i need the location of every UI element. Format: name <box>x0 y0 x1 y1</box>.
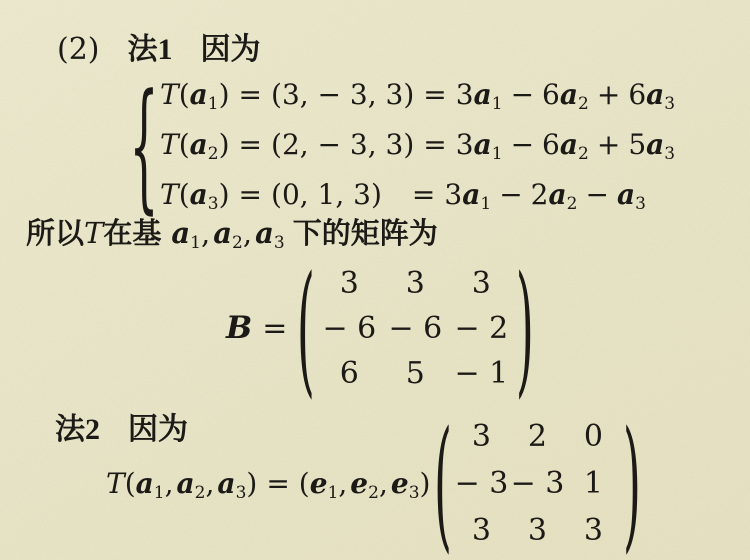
system-lines: T(a1)=(3, − 3, 3)=3a1−6a2+6a3 T(a2)=(2, … <box>160 74 675 216</box>
equals-sign: = <box>239 178 262 211</box>
image-tuple: (2, − 3, 3) <box>271 128 414 161</box>
paren-glyph: ) <box>516 257 534 400</box>
subscript: 1 <box>492 144 503 164</box>
comma: , <box>206 467 215 500</box>
method-2-label: 法2 <box>55 413 100 446</box>
term-sign: − <box>511 78 534 111</box>
equals-sign: = <box>239 78 262 111</box>
subscript: 1 <box>480 194 491 214</box>
paren-glyph: ( <box>297 257 315 400</box>
vector-a: a <box>560 78 578 111</box>
system-brace: { <box>132 75 156 215</box>
equation-line-1: T(a1)=(3, − 3, 3)=3a1−6a2+6a3 <box>160 74 675 116</box>
matrix-cell: 3 <box>509 507 565 554</box>
subscript: 1 <box>492 94 503 114</box>
matrix-cell: − 2 <box>448 306 514 351</box>
brace-glyph: { <box>129 75 158 215</box>
paren-open: ( <box>297 305 314 351</box>
T-symbol: T <box>160 78 179 111</box>
matrix-cell: 6 <box>316 351 382 396</box>
B-symbol: B <box>226 310 252 346</box>
matrix-cell: − 6 <box>316 306 382 351</box>
term-coef: 5 <box>628 128 646 161</box>
matrix-cell: − 6 <box>382 306 448 351</box>
paren-close: ) <box>219 78 230 111</box>
vector-a: a <box>213 216 232 250</box>
matrix-cell: 1 <box>565 460 621 507</box>
vector-a: a <box>190 78 208 111</box>
T-symbol: T <box>84 216 103 250</box>
vector-a: a <box>190 128 208 161</box>
vector-a: a <box>217 467 235 500</box>
matrix-cell: 3 <box>316 261 382 306</box>
matrix-cell: 0 <box>565 413 621 460</box>
paren-open: ( <box>434 460 451 506</box>
subscript: 2 <box>232 233 243 253</box>
paren-open: ( <box>179 128 190 161</box>
paren-glyph: ( <box>434 412 452 555</box>
conclusion-sentence: 所以T在基a1,a2,a3下的矩阵为 <box>26 211 438 252</box>
matrix-cell: 3 <box>453 413 509 460</box>
heading-method-1: (2)法1因为 <box>57 24 261 68</box>
comma: , <box>243 216 252 250</box>
because-label: 因为 <box>201 33 261 66</box>
matrix-cell: 5 <box>382 351 448 396</box>
matrix-cell: 2 <box>509 413 565 460</box>
vector-a: a <box>177 467 195 500</box>
method-1-label: 法1 <box>128 33 173 66</box>
vector-a: a <box>617 178 635 211</box>
subscript: 1 <box>190 233 201 253</box>
subscript: 2 <box>208 144 219 164</box>
paren-glyph: ) <box>623 412 641 555</box>
soyi-mid: 在基 <box>103 218 161 250</box>
subscript: 3 <box>664 94 675 114</box>
term-sign: − <box>585 178 608 211</box>
term-coef: 3 <box>456 78 474 111</box>
matrix-C-grid: 320 − 3− 31 333 <box>453 413 621 554</box>
subscript: 2 <box>578 94 589 114</box>
equation-system: { T(a1)=(3, − 3, 3)=3a1−6a2+6a3 T(a2)=(2… <box>132 74 675 216</box>
vector-a: a <box>549 178 567 211</box>
soyi-prefix: 所以 <box>26 218 84 250</box>
matrix-cell: 3 <box>565 507 621 554</box>
subscript: 2 <box>578 144 589 164</box>
subscript: 2 <box>195 482 206 502</box>
paren-close: ) <box>516 305 533 351</box>
equation-line-3: T(a3)=(0, 1, 3)=3a1−2a2−a3 <box>160 174 675 216</box>
vector-a: a <box>136 467 154 500</box>
subscript: 1 <box>208 94 219 114</box>
image-tuple: (0, 1, 3) <box>271 178 382 211</box>
subscript: 2 <box>368 482 379 502</box>
vector-a: a <box>646 78 664 111</box>
comma: , <box>201 216 210 250</box>
term-coef: 6 <box>542 128 560 161</box>
vector-a: a <box>474 78 492 111</box>
term-coef: 3 <box>444 178 462 211</box>
term-sign: + <box>597 78 620 111</box>
equals-sign: = <box>262 311 287 346</box>
vector-a: a <box>190 178 208 211</box>
paren-open: ( <box>299 467 310 500</box>
vector-e: e <box>310 467 328 500</box>
vector-a: a <box>462 178 480 211</box>
subscript: 1 <box>328 482 339 502</box>
equation-line-2: T(a2)=(2, − 3, 3)=3a1−6a2+5a3 <box>160 124 675 166</box>
paren-close: ) <box>623 460 640 506</box>
matrix-cell: 3 <box>382 261 448 306</box>
slide: (2)法1因为 { T(a1)=(3, − 3, 3)=3a1−6a2+6a3 … <box>0 0 750 560</box>
subscript: 3 <box>274 233 285 253</box>
equals-sign: = <box>412 178 435 211</box>
equals-sign: = <box>266 467 289 500</box>
subscript: 3 <box>664 144 675 164</box>
vector-a: a <box>171 216 190 250</box>
vector-a: a <box>646 128 664 161</box>
matrix-B-equation: B = ( 333 − 6− 6− 2 65− 1 ) <box>226 256 533 400</box>
comma: , <box>338 467 347 500</box>
matrix-C: ( 320 − 3− 31 333 ) <box>434 413 640 554</box>
comma: , <box>379 467 388 500</box>
vector-a: a <box>474 128 492 161</box>
paren-close: ) <box>420 467 431 500</box>
vector-a: a <box>255 216 274 250</box>
subscript: 3 <box>409 482 420 502</box>
matrix-B-grid: 333 − 6− 6− 2 65− 1 <box>316 261 514 396</box>
method-2-lhs: T(a1,a2,a3)=(e1,e2,e3) <box>106 467 430 500</box>
T-symbol: T <box>106 467 125 500</box>
equals-sign: = <box>423 128 446 161</box>
paren-close: ) <box>246 467 257 500</box>
subscript: 3 <box>236 482 247 502</box>
term-sign: − <box>499 178 522 211</box>
paren-open: ( <box>179 178 190 211</box>
vector-e: e <box>391 467 409 500</box>
paren-close: ) <box>219 128 230 161</box>
image-tuple: (3, − 3, 3) <box>271 78 414 111</box>
paren-open: ( <box>125 467 136 500</box>
matrix-cell: − 3 <box>453 460 509 507</box>
matrix-cell: 3 <box>448 261 514 306</box>
subscript: 2 <box>567 194 578 214</box>
matrix-B: ( 333 − 6− 6− 2 65− 1 ) <box>297 261 533 396</box>
matrix-cell: 3 <box>453 507 509 554</box>
equals-sign: = <box>239 128 262 161</box>
comma: , <box>165 467 174 500</box>
paren-close: ) <box>219 178 230 211</box>
equals-sign: = <box>423 78 446 111</box>
method-2-equation: T(a1,a2,a3)=(e1,e2,e3) ( 320 − 3− 31 333… <box>106 408 640 558</box>
term-coef: 6 <box>542 78 560 111</box>
paren-open: ( <box>179 78 190 111</box>
matrix-cell: − 3 <box>509 460 565 507</box>
vector-a: a <box>560 128 578 161</box>
term-coef: 2 <box>531 178 549 211</box>
vector-e: e <box>350 467 368 500</box>
term-sign: + <box>597 128 620 161</box>
matrix-cell: − 1 <box>448 351 514 396</box>
T-symbol: T <box>160 178 179 211</box>
T-symbol: T <box>160 128 179 161</box>
subscript: 3 <box>635 194 646 214</box>
term-coef: 6 <box>628 78 646 111</box>
problem-number: (2) <box>57 32 100 67</box>
term-sign: − <box>511 128 534 161</box>
subscript: 1 <box>154 482 165 502</box>
term-coef: 3 <box>456 128 474 161</box>
